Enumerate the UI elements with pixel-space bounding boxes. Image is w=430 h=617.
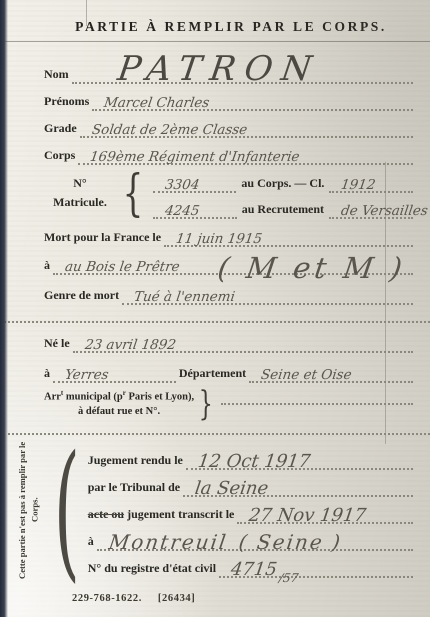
tribunal-section: Cette partie n'est pas à remplir par le … xyxy=(16,439,416,581)
side-note-vertical: Cette partie n'est pas à remplir par le … xyxy=(16,441,50,579)
grade-label: Grade xyxy=(44,121,77,138)
dotted-line: Tué à l'ennemi xyxy=(122,289,413,305)
genre-mort-value: Tué à l'ennemi xyxy=(121,289,236,305)
dotted-line: de Versailles xyxy=(329,203,413,219)
mort-label: Mort pour la France le xyxy=(44,230,161,247)
naissance-lieu-label: à xyxy=(44,366,50,383)
tribunal-rows: Jugement rendu le 12 Oct 1917 par le Tri… xyxy=(88,443,416,578)
dotted-line: 23 avril 1892 xyxy=(73,337,413,353)
arrondissement-brace-glyph: } xyxy=(199,387,213,421)
corps-value: 169ème Régiment d'Infanterie xyxy=(77,149,301,165)
transcription-label: jugement transcrit le xyxy=(124,507,234,524)
field-jugement-date: Jugement rendu le 12 Oct 1917 xyxy=(88,443,416,470)
mort-lieu-departement-mention: ( M et M ) xyxy=(203,251,407,285)
matricule-label: N° Matricule. xyxy=(44,174,116,211)
arrondissement-label-line2: à défaut rue et N°. xyxy=(44,405,194,419)
dotted-line: 169ème Régiment d'Infanterie xyxy=(78,149,413,165)
dotted-line: 11 juin 1915 xyxy=(164,231,413,247)
tribunal-brace-glyph: ( xyxy=(54,441,80,579)
field-naissance-date: Né le 23 avril 1892 xyxy=(44,323,416,353)
matricule-recrutement-place: de Versailles xyxy=(328,203,429,219)
field-arrondissement: Arrt municipal (pr Paris et Lyon), à déf… xyxy=(44,388,416,420)
matricule-recrutement-row: 4245 au Recrutement de Versailles xyxy=(150,193,416,219)
dotted-line: 12 Oct 1917 xyxy=(186,451,413,470)
jugement-label: Jugement rendu le xyxy=(88,453,183,470)
tribunal-value: la Seine xyxy=(182,478,270,499)
paper-fold-mark xyxy=(86,0,87,26)
matricule-classe-value: 1912 xyxy=(328,177,377,193)
dotted-line: au Bois le Prêtre ( M et M ) xyxy=(53,251,413,275)
dotted-line: PATRON xyxy=(72,49,413,84)
transcription-date-value: 27 Nov 1917 xyxy=(236,505,368,526)
dotted-line: Soldat de 2ème Classe xyxy=(80,122,413,138)
matricule-corps-number: 3304 xyxy=(152,177,201,193)
field-nom: Nom PATRON xyxy=(44,46,416,84)
print-code: 229-768-1622. xyxy=(72,593,142,604)
matricule-recrutement-suffix: au Recrutement xyxy=(240,202,326,219)
mort-lieu-label: à xyxy=(44,258,50,275)
dotted-line: 3304 xyxy=(153,177,237,193)
genre-mort-label: Genre de mort xyxy=(44,288,119,305)
dotted-line: Marcel Charles xyxy=(92,95,413,111)
matricule-label-line2: Matricule. xyxy=(44,193,116,212)
field-mort-lieu: à au Bois le Prêtre ( M et M ) xyxy=(44,247,416,275)
nom-value: PATRON xyxy=(69,49,323,89)
matricule-corps-row: 3304 au Corps. — Cl. 1912 xyxy=(150,167,416,193)
dotted-line: Montreuil ( Seine ) xyxy=(97,530,413,551)
matricule-brace-glyph: { xyxy=(123,168,144,218)
prenoms-value: Marcel Charles xyxy=(91,95,210,111)
dotted-line: Yerres xyxy=(53,367,176,383)
registre-value: 4715 xyxy=(218,559,279,580)
matricule-rows: 3304 au Corps. — Cl. 1912 4245 au Recrut… xyxy=(150,167,416,219)
naissance-label: Né le xyxy=(44,336,70,353)
death-record-card: PARTIE À REMPLIR PAR LE CORPS. Nom PATRO… xyxy=(0,0,430,617)
transcription-lieu-mention: ( Seine ) xyxy=(226,530,344,554)
departement-value: Seine et Oise xyxy=(248,367,353,383)
form-title: PARTIE À REMPLIR PAR LE CORPS. xyxy=(58,19,404,35)
mort-lieu-value: au Bois le Prêtre xyxy=(52,259,181,275)
dotted-line: 4715 /57 xyxy=(219,559,413,578)
dotted-line: 1912 xyxy=(329,177,413,193)
field-registre: N° du registre d'état civil 4715 /57 xyxy=(88,551,416,578)
naissance-date-value: 23 avril 1892 xyxy=(72,337,177,353)
prenoms-label: Prénoms xyxy=(44,94,89,111)
field-corps: Corps 169ème Régiment d'Infanterie xyxy=(44,138,416,165)
arrondissement-label: Arrt municipal (pr Paris et Lyon), à déf… xyxy=(44,389,194,419)
nom-label: Nom xyxy=(44,67,69,84)
print-footer: 229-768-1622. [26434] xyxy=(44,581,416,604)
tribunal-label: par le Tribunal de xyxy=(88,480,180,497)
print-reference: [26434] xyxy=(158,593,195,604)
transcription-label-struck: acte ou xyxy=(88,507,124,524)
field-matricule: N° Matricule. { 3304 au Corps. — Cl. 191… xyxy=(44,167,416,219)
form-header: PARTIE À REMPLIR PAR LE CORPS. xyxy=(0,0,430,42)
transcription-lieu-value: Montreuil xyxy=(95,530,229,554)
registre-label: N° du registre d'état civil xyxy=(88,561,216,578)
field-tribunal: par le Tribunal de la Seine xyxy=(88,470,416,497)
registre-value-secondary: /57 xyxy=(276,571,299,585)
dotted-line xyxy=(221,403,413,405)
field-naissance-lieu: à Yerres Département Seine et Oise xyxy=(44,353,416,383)
jugement-date-value: 12 Oct 1917 xyxy=(184,451,311,472)
dotted-line: 4245 xyxy=(153,203,237,219)
departement-label: Département xyxy=(179,366,246,383)
field-transcription-date: acte ou jugement transcrit le 27 Nov 191… xyxy=(88,497,416,524)
dotted-line: Seine et Oise xyxy=(249,367,413,383)
field-transcription-lieu: à Montreuil ( Seine ) xyxy=(88,524,416,551)
dotted-line: 27 Nov 1917 xyxy=(237,505,413,524)
matricule-label-line1: N° xyxy=(44,174,116,193)
corps-label: Corps xyxy=(44,148,75,165)
scan-left-edge xyxy=(0,0,8,617)
transcription-lieu-label: à xyxy=(88,534,94,551)
naissance-lieu-value: Yerres xyxy=(52,367,110,383)
mort-date-value: 11 juin 1915 xyxy=(163,231,263,247)
field-grade: Grade Soldat de 2ème Classe xyxy=(44,111,416,138)
dotted-line: la Seine xyxy=(183,478,413,497)
matricule-corps-suffix: au Corps. — Cl. xyxy=(239,176,326,193)
form-body: Nom PATRON Prénoms Marcel Charles Grade … xyxy=(0,42,430,604)
matricule-recrutement-number: 4245 xyxy=(152,203,201,219)
arrondissement-label-line1: Arrt municipal (pr Paris et Lyon), xyxy=(44,389,194,405)
grade-value: Soldat de 2ème Classe xyxy=(79,122,248,138)
field-mort-date: Mort pour la France le 11 juin 1915 xyxy=(44,219,416,247)
